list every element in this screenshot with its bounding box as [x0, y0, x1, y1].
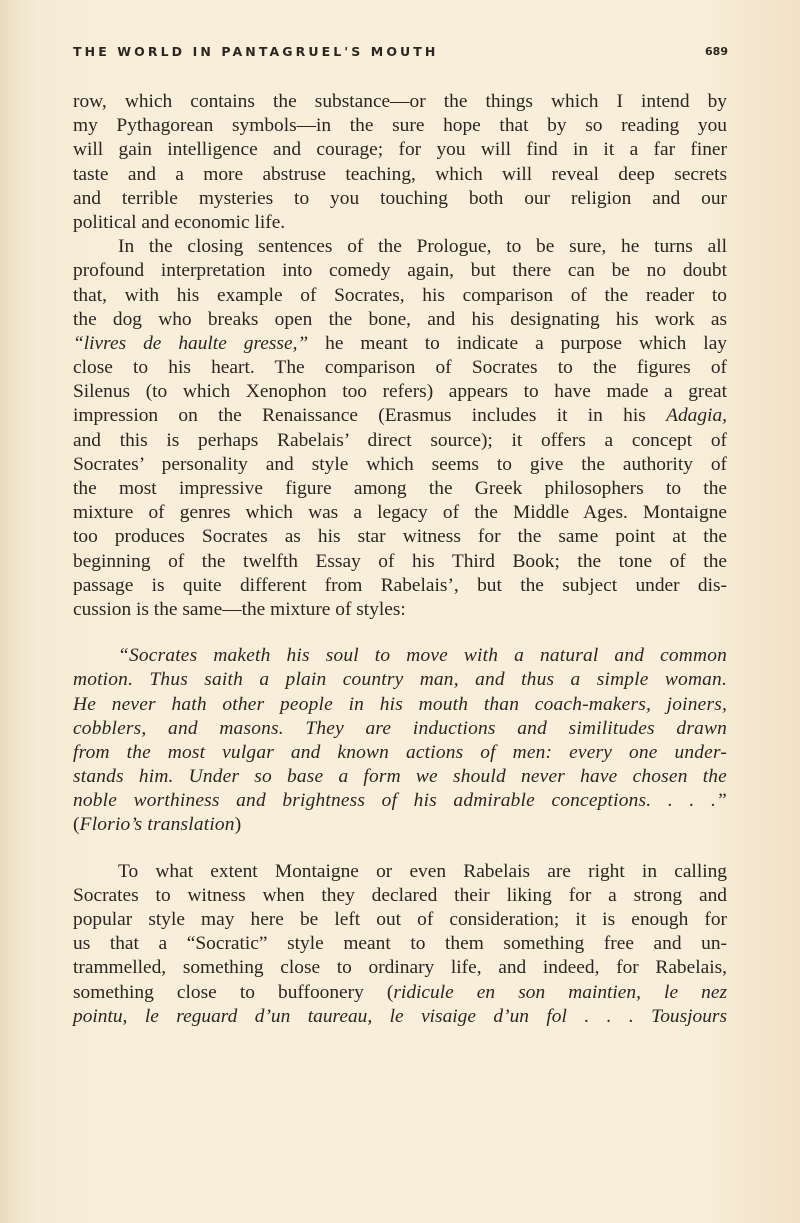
- quote-line: stands him. Under so base a form we shou…: [73, 765, 727, 789]
- text-line: and this is perhaps Rabelais’ direct sou…: [73, 429, 727, 453]
- french-quote: ridicule en son maintien, le nez: [393, 982, 727, 1003]
- text-line: the dog who breaks open the bone, and hi…: [73, 308, 727, 332]
- text-line: To what extent Montaigne or even Rabelai…: [73, 860, 727, 884]
- italic-title: “livres de haulte gresse,”: [73, 333, 308, 354]
- quote-attribution: (Florio’s translation): [73, 813, 727, 837]
- french-quote: pointu, le reguard d’un taureau, le visa…: [73, 1006, 727, 1027]
- quote-line: cobblers, and masons. They are induction…: [73, 717, 727, 741]
- running-head: THE WORLD IN PANTAGRUEL'S MOUTH 689: [73, 44, 728, 64]
- text-line: Socrates to witness when they declared t…: [73, 884, 727, 908]
- quote-line: from the most vulgar and known actions o…: [73, 741, 727, 765]
- text-line: the most impressive figure among the Gre…: [73, 477, 727, 501]
- page-number: 689: [705, 45, 728, 58]
- text-line: cussion is the same—the mixture of style…: [73, 598, 727, 622]
- text-line: profound interpretation into comedy agai…: [73, 259, 727, 283]
- text-line: “livres de haulte gresse,” he meant to i…: [73, 332, 727, 356]
- text-line: Silenus (to which Xenophon too refers) a…: [73, 380, 727, 404]
- spacer: [73, 838, 727, 860]
- text-line: impression on the Renaissance (Erasmus i…: [73, 404, 727, 428]
- text-line: us that a “Socratic” style meant to them…: [73, 932, 727, 956]
- text-line: that, with his example of Socrates, his …: [73, 284, 727, 308]
- text-line: political and economic life.: [73, 211, 727, 235]
- spacer: [73, 622, 727, 644]
- text-line: popular style may here be left out of co…: [73, 908, 727, 932]
- chapter-title: THE WORLD IN PANTAGRUEL'S MOUTH: [73, 44, 438, 59]
- text-line: pointu, le reguard d’un taureau, le visa…: [73, 1005, 727, 1029]
- text-line: Socrates’ personality and style which se…: [73, 453, 727, 477]
- quote-line: noble worthiness and brightness of his a…: [73, 789, 727, 813]
- text-line: mixture of genres which was a legacy of …: [73, 501, 727, 525]
- text-line: trammelled, something close to ordinary …: [73, 956, 727, 980]
- text-line: and terrible mysteries to you touching b…: [73, 187, 727, 211]
- text-line: will gain intelligence and courage; for …: [73, 138, 727, 162]
- body-text: row, which contains the substance—or the…: [73, 90, 727, 1029]
- quote-line: “Socrates maketh his soul to move with a…: [73, 644, 727, 668]
- block-quote: “Socrates maketh his soul to move with a…: [73, 644, 727, 838]
- book-page: THE WORLD IN PANTAGRUEL'S MOUTH 689 row,…: [0, 0, 800, 1223]
- paragraph-prologue: In the closing sentences of the Prologue…: [73, 235, 727, 622]
- italic-title: Adagia,: [666, 405, 727, 426]
- paragraph-socratic-style: To what extent Montaigne or even Rabelai…: [73, 860, 727, 1029]
- quote-line: motion. Thus saith a plain country man, …: [73, 668, 727, 692]
- text-line: row, which contains the substance—or the…: [73, 90, 727, 114]
- text-line: In the closing sentences of the Prologue…: [73, 235, 727, 259]
- paragraph-continuation: row, which contains the substance—or the…: [73, 90, 727, 235]
- text-line: taste and a more abstruse teaching, whic…: [73, 163, 727, 187]
- text-line: beginning of the twelfth Essay of his Th…: [73, 550, 727, 574]
- text-line: my Pythagorean symbols—in the sure hope …: [73, 114, 727, 138]
- text-line: passage is quite different from Rabelais…: [73, 574, 727, 598]
- text-line: something close to buffoonery (ridicule …: [73, 981, 727, 1005]
- text-line: too produces Socrates as his star witnes…: [73, 525, 727, 549]
- quote-line: He never hath other people in his mouth …: [73, 693, 727, 717]
- text-line: close to his heart. The comparison of So…: [73, 356, 727, 380]
